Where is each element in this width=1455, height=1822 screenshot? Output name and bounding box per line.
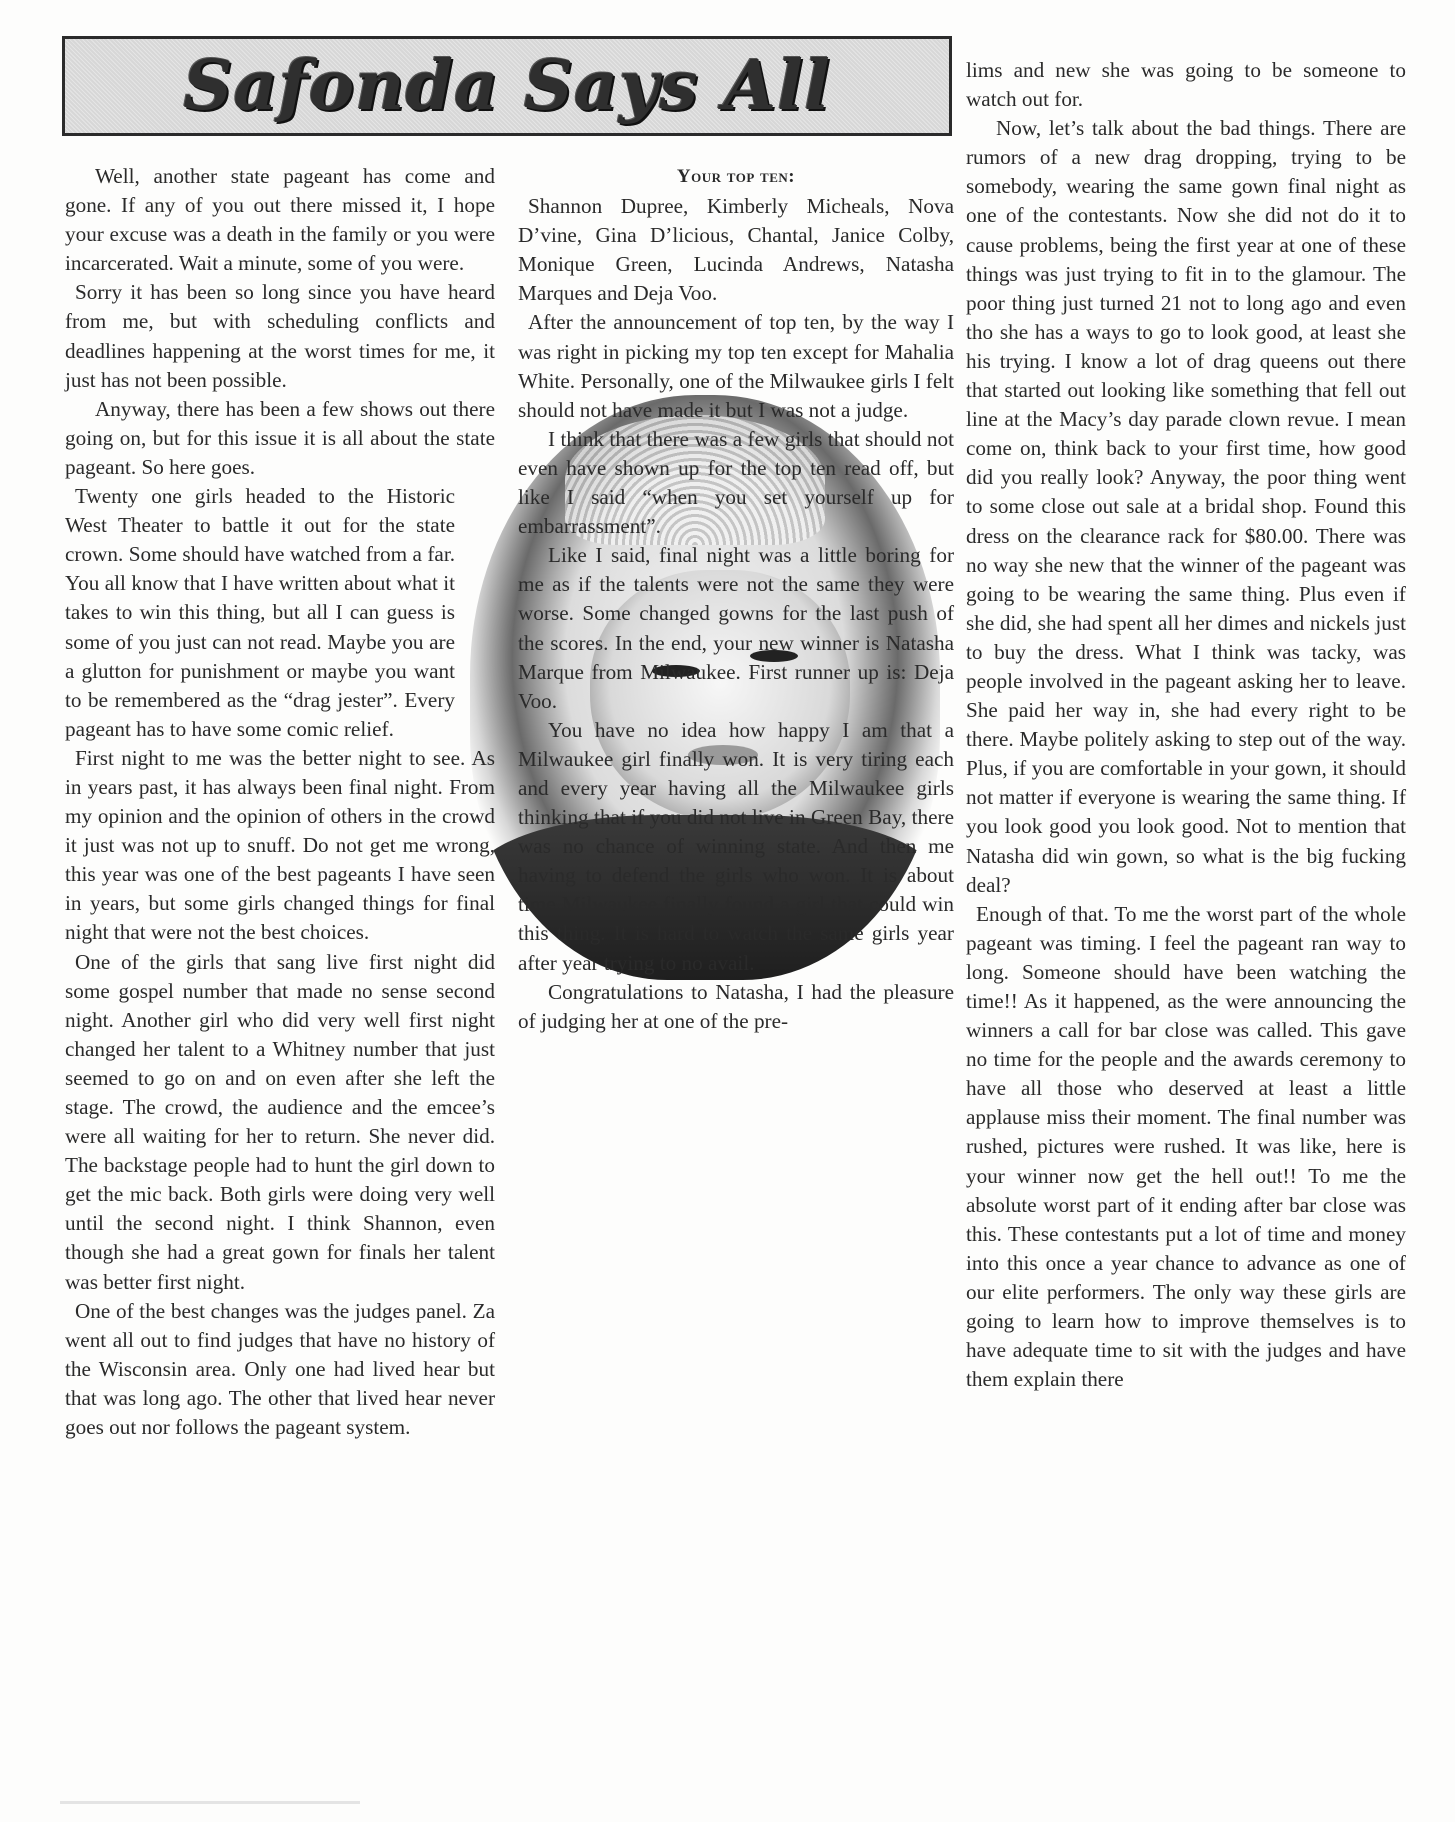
top-ten-list: Shannon Dupree, Kimberly Micheals, Nova …: [518, 192, 954, 308]
column-1: Well, another state pageant has come and…: [65, 162, 495, 1442]
paragraph: lims and new she was going to be someone…: [966, 56, 1406, 114]
paragraph: Like I said, final night was a little bo…: [518, 541, 954, 716]
paragraph: Anyway, there has been a few shows out t…: [65, 395, 495, 482]
paragraph: Well, another state pageant has come and…: [65, 162, 495, 278]
column-2: Your top ten: Shannon Dupree, Kimberly M…: [518, 162, 954, 1036]
paragraph: Congratulations to Natasha, I had the pl…: [518, 978, 954, 1036]
top-ten-heading: Your top ten:: [518, 162, 954, 191]
page-title: Safonda Says All: [183, 46, 831, 126]
paragraph: After the announcement of top ten, by th…: [518, 308, 954, 424]
paragraph: Now, let’s talk about the bad things. Th…: [966, 114, 1406, 900]
paragraph: First night to me was the better night t…: [65, 744, 495, 948]
paragraph: Enough of that. To me the worst part of …: [966, 900, 1406, 1395]
paragraph: You have no idea how happy I am that a M…: [518, 716, 954, 978]
page-bottom-smudge: [60, 1801, 360, 1804]
paragraph: Twenty one girls headed to the Historic …: [65, 482, 455, 744]
paragraph: One of the girls that sang live first ni…: [65, 948, 495, 1297]
title-banner: Safonda Says All: [62, 36, 952, 136]
paragraph: Sorry it has been so long since you have…: [65, 278, 495, 394]
column-3: lims and new she was going to be someone…: [966, 56, 1406, 1394]
paragraph: One of the best changes was the judges p…: [65, 1297, 495, 1442]
paragraph: I think that there was a few girls that …: [518, 425, 954, 541]
